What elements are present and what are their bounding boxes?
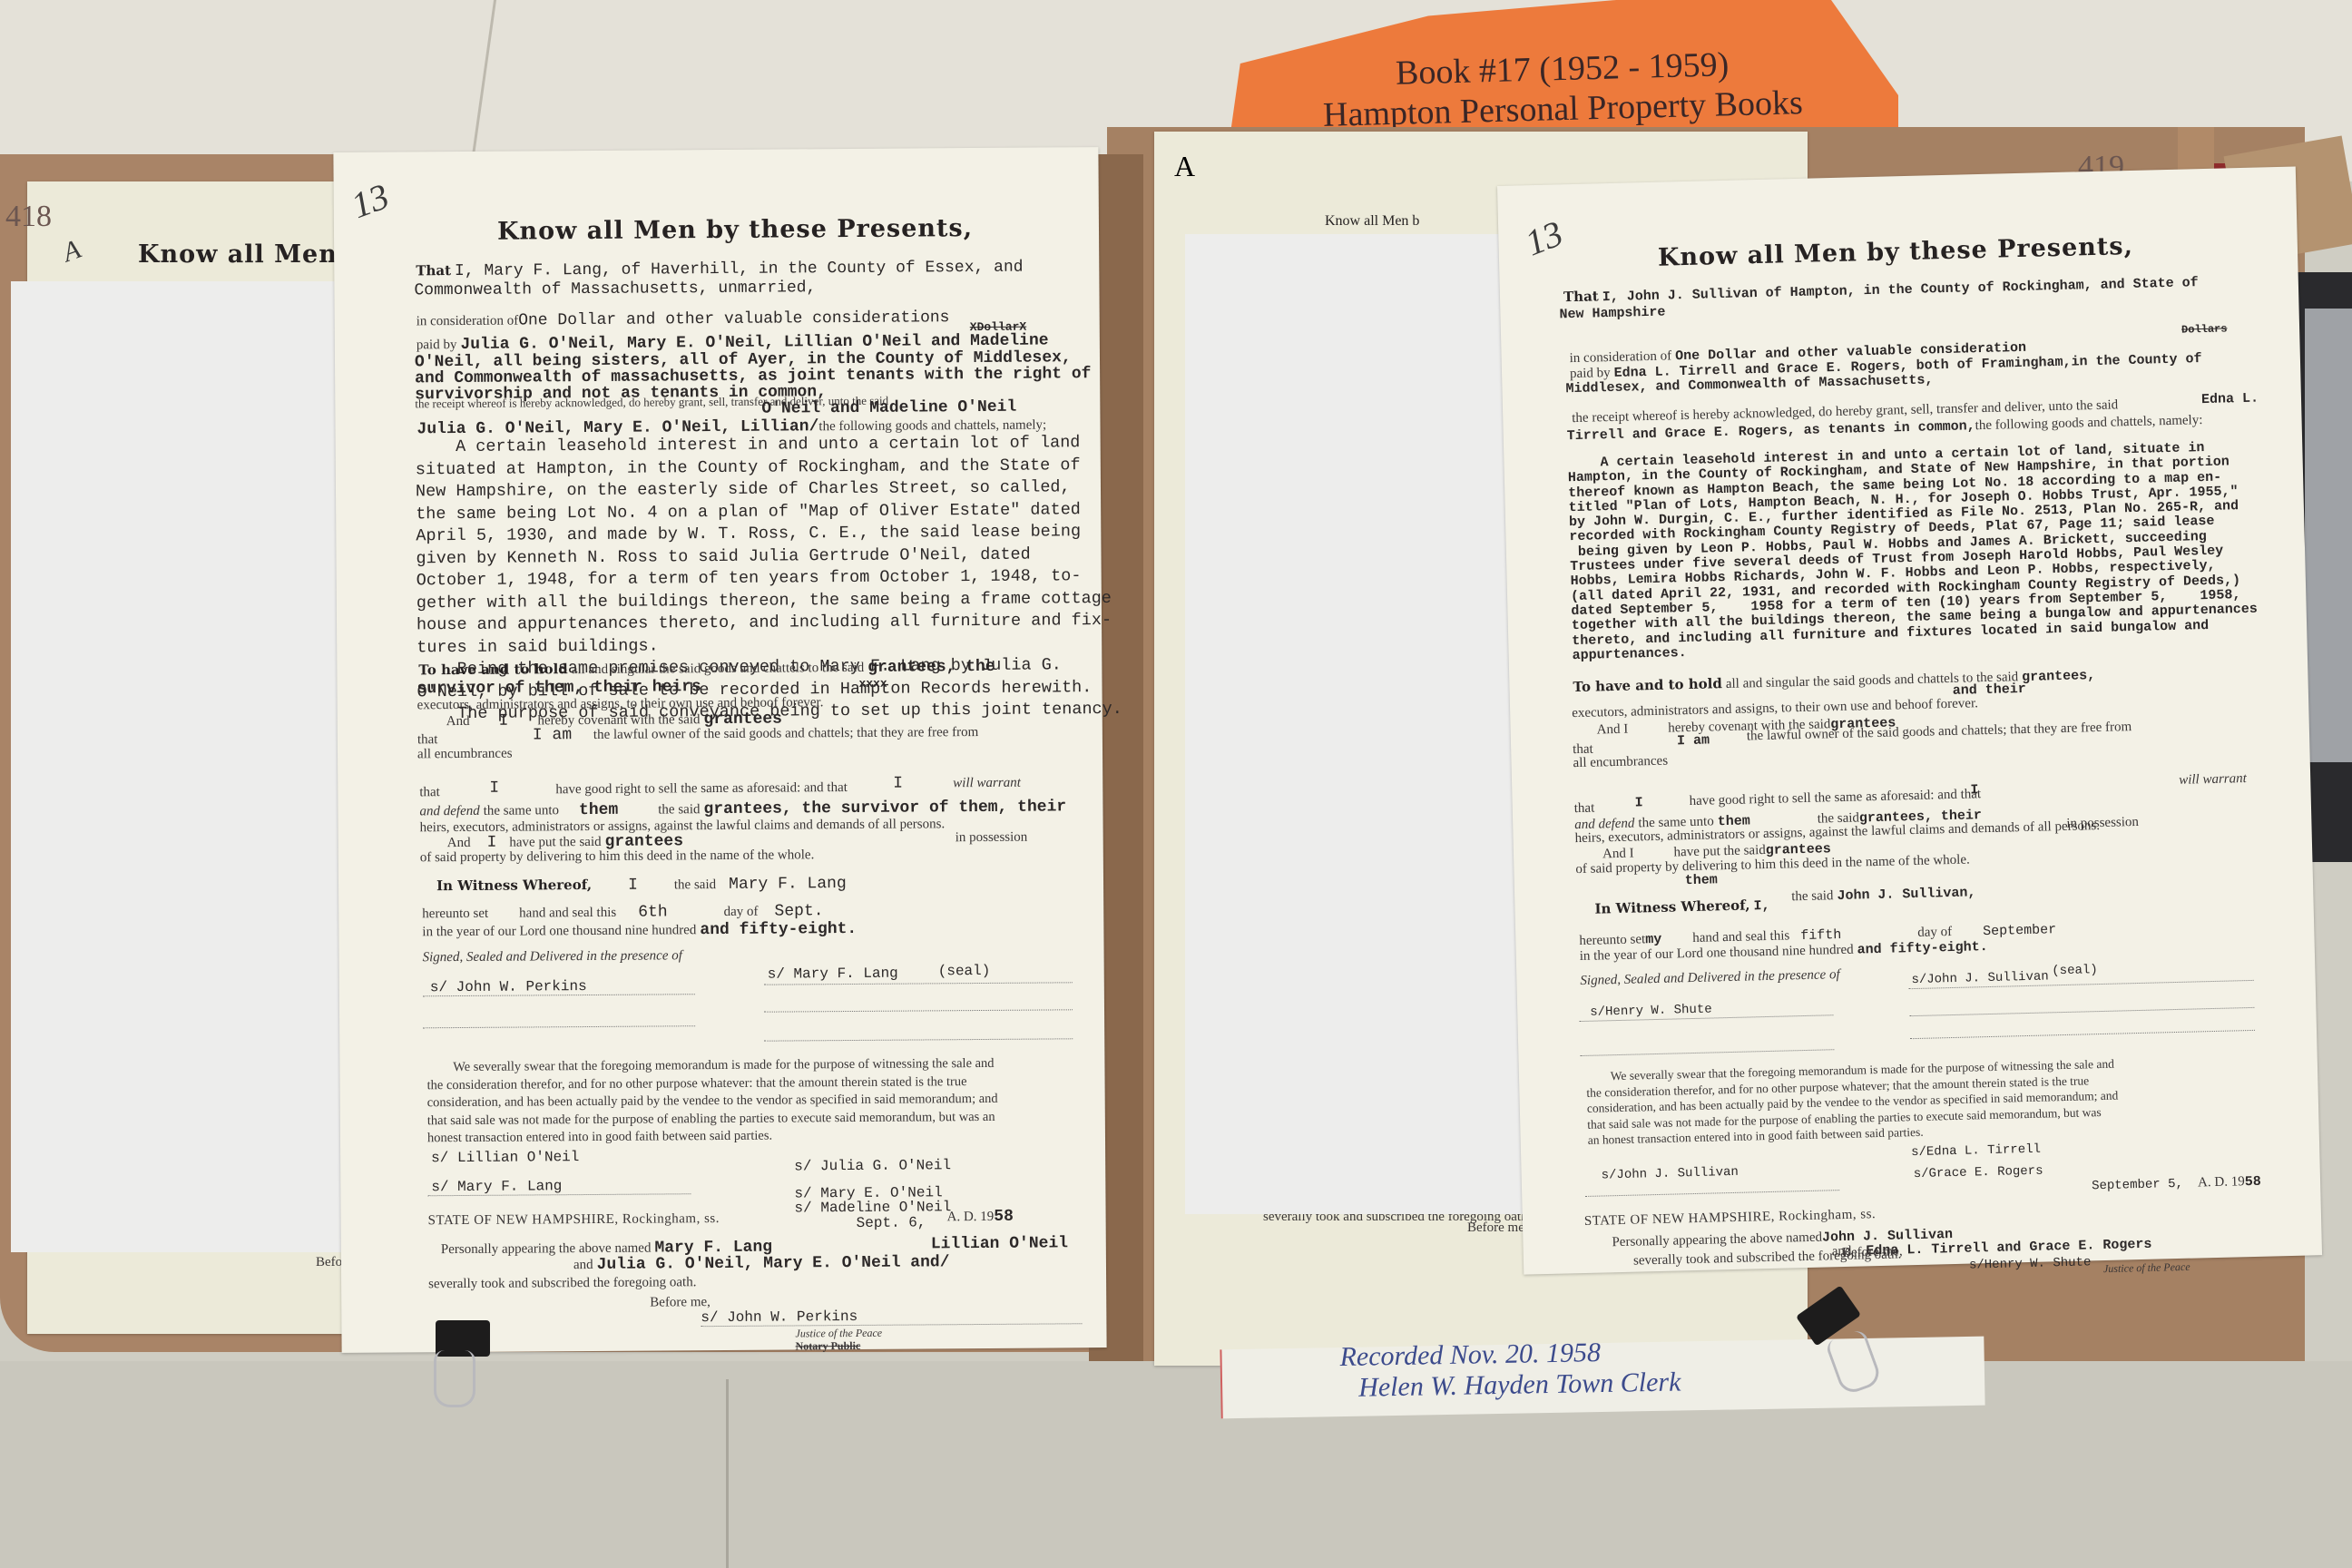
struck-dollars: Dollars [2181, 322, 2228, 336]
habendum-fill: grantees, [2022, 668, 2095, 685]
right-text: have good right to sell the same as afor… [555, 780, 848, 798]
witness-label: In Witness Whereof, [436, 877, 592, 894]
desk-surface-bottom [0, 1361, 2352, 1568]
day-of-label: day of [724, 905, 759, 919]
habendum-label: To have and to hold [1573, 675, 1722, 695]
oath-paragraph: We severally swear that the foregoing me… [426, 1055, 998, 1148]
deed-left: 13 Know all Men by these Presents, That … [333, 147, 1106, 1353]
jp-signature: s/Henry W. Shute [1969, 1255, 2092, 1272]
jp-title-text: Justice of the Peace [795, 1327, 882, 1340]
i-am: I am [1677, 732, 1710, 749]
possession-end: in possession [955, 830, 1028, 847]
covenant-i: I [499, 712, 509, 730]
state-label: STATE OF NEW HAMPSHIRE, Rockingham, ss. [428, 1211, 720, 1229]
defend-label: and defend [419, 804, 479, 818]
right-text: have good right to sell the same as afor… [1689, 787, 1981, 809]
signed-label-text: Signed, Sealed and Delivered in the pres… [1580, 967, 1840, 988]
encumbrances-text: all encumbrances [417, 747, 513, 763]
before-me-label: Before me, [650, 1295, 710, 1310]
jp-title: Justice of the Peace [2103, 1260, 2190, 1276]
notary-struck: Notary Public [796, 1339, 861, 1354]
i-am: I am [533, 726, 572, 744]
deed-title: Know all Men by these Presents, [1658, 232, 2134, 272]
oath-paragraph: We severally swear that the foregoing me… [1586, 1056, 2120, 1149]
seal-label: (seal) [2052, 963, 2098, 978]
oath-signature: s/Edna L. Tirrell [1911, 1142, 2041, 1160]
right-that: that [1574, 801, 1595, 818]
deed-day: 6th [638, 903, 668, 921]
encumbrances-text: all encumbrances [1573, 754, 1668, 772]
handwritten-mark: A [1174, 150, 1195, 183]
handwritten-page-mark: 13 [346, 174, 395, 227]
grantor-text: I, John J. Sullivan of Hampton, in the C… [1602, 275, 2199, 305]
witness-signature: s/Henry W. Shute [1590, 1002, 1712, 1019]
appearing-label: Personally appearing the above named [1612, 1230, 1822, 1250]
blank-insert-sheet-right [1185, 234, 1539, 1214]
deed-description: A certain leasehold interest in and unto… [1567, 440, 2258, 664]
habendum-text: all and singular the said goods and chat… [572, 661, 865, 677]
before-me-label: Before me, [1842, 1244, 1903, 1261]
witness-i: I [628, 877, 638, 895]
consideration-label: in consideration of [416, 314, 519, 329]
covenant-and: And [446, 714, 470, 729]
year-text: in the year of our Lord one thousand nin… [422, 923, 696, 939]
ack-date: September 5, [2092, 1177, 2183, 1193]
signed-label-text: Signed, Sealed and Delivered in the pres… [423, 948, 682, 965]
witness-said: the said [674, 877, 716, 892]
binder-clip-wire [434, 1350, 475, 1407]
jp-title-text: Justice of the Peace [2103, 1260, 2190, 1275]
year-fill: and fifty-eight. [700, 920, 857, 939]
year-fill: and fifty-eight. [1857, 939, 1987, 958]
witness-name: John J. Sullivan, [1837, 885, 1975, 904]
before-me-label: Before me, [1467, 1220, 1528, 1236]
hand-seal-text: hand and seal this [519, 906, 616, 921]
grantor-text: I, Mary F. Lang, of Haverhill, in the Co… [455, 259, 1024, 280]
handwritten-mark: A [59, 234, 85, 269]
signed-label: Signed, Sealed and Delivered in the pres… [423, 948, 682, 965]
consideration-amount: One Dollar and other valuable considerat… [518, 309, 949, 329]
oath-signature: s/ Mary F. Lang [431, 1178, 562, 1195]
appearing-and: and [573, 1258, 593, 1272]
unto-names-insert: O'Neil and Madeline O'Neil [761, 398, 1016, 418]
subscribed-text: severally took and subscribed the forego… [428, 1275, 696, 1292]
habendum-fill-2: survivor of them, their heirs [416, 678, 701, 698]
grantor-text-2: Commonwealth of Massachusetts, unmarried… [414, 279, 816, 299]
town-clerk-signature: Helen W. Hayden Town Clerk [1358, 1367, 1681, 1403]
habendum-struck: xxxx [858, 677, 887, 691]
ack-date: Sept. 6, [857, 1214, 926, 1231]
will-warrant: will warrant [2179, 771, 2247, 789]
right-i-2: I [1970, 782, 1978, 798]
habendum-label: To have and to hold [418, 661, 567, 678]
grantor-text-2: New Hampshire [1559, 305, 1665, 323]
unto-names-insert: Edna L. [2201, 391, 2259, 408]
deed-title: Know all Men by these Presents, [497, 214, 973, 246]
goods-clause: the following goods and chattels, namely… [818, 417, 1046, 434]
right-that: that [419, 785, 440, 800]
desk-seam [726, 1379, 729, 1568]
witness-i: I, [1753, 898, 1769, 914]
possession-and: And I [1602, 847, 1634, 862]
appearing-name-right: Lillian O'Neil [931, 1234, 1068, 1253]
covenant-and: And I [1596, 722, 1628, 738]
grantor-signature: s/ Mary F. Lang [768, 965, 898, 983]
hereunto-my: my [1645, 932, 1661, 947]
right-i: I [1634, 795, 1642, 810]
deed-month: Sept. [774, 902, 823, 920]
state-label: STATE OF NEW HAMPSHIRE, Rockingham, ss. [1584, 1207, 1877, 1230]
habendum-fill: grantees, the [867, 658, 995, 677]
possession-text: have put the said [509, 835, 601, 850]
handwritten-page-mark: 13 [1519, 211, 1568, 264]
ad-year: 58 [2245, 1174, 2261, 1190]
defend-said: the said [658, 802, 700, 817]
day-of-label: day of [1917, 925, 1952, 940]
right-i: I [489, 779, 499, 798]
ad-year: 58 [994, 1208, 1014, 1226]
ad-label: A. D. 19 [2198, 1174, 2245, 1190]
witness-signature: s/ John W. Perkins [430, 978, 587, 995]
deed-month: September [1983, 922, 2056, 939]
witness-name: Mary F. Lang [729, 875, 847, 894]
oath-signature: s/John J. Sullivan [1601, 1165, 1739, 1183]
goods-clause: the following goods and chattels, namely… [1975, 413, 2202, 433]
blank-insert-sheet-left [11, 281, 365, 1252]
will-warrant: will warrant [953, 776, 1021, 792]
defend-fill: grantees, the survivor of them, their [703, 798, 1066, 818]
signed-label: Signed, Sealed and Delivered in the pres… [1580, 967, 1840, 989]
page-number-left: 418 [5, 200, 52, 234]
witness-said: the said [1791, 888, 1834, 904]
defend-them: them [579, 801, 618, 819]
deed-right: 13 Know all Men by these Presents, That … [1497, 166, 2322, 1274]
jp-signature: s/ John W. Perkins [701, 1308, 857, 1326]
paid-by-label: paid by [1570, 366, 1611, 381]
appearing-name-2: Julia G. O'Neil, Mary E. O'Neil and/ [597, 1253, 950, 1274]
that-word: that [417, 732, 438, 748]
oath-signature: s/ Madeline O'Neil [794, 1199, 951, 1216]
appearing-label: Personally appearing the above named [441, 1241, 652, 1258]
will-warrant-text: will warrant [953, 776, 1021, 791]
jp-title: Justice of the Peace [795, 1327, 882, 1341]
possession-end: in possession [2066, 815, 2139, 832]
right-i-2: I [893, 775, 903, 793]
owner-text: the lawful owner of the said goods and c… [593, 725, 979, 743]
background-title-right: Know all Men b [1325, 213, 1419, 230]
oath-signature: s/ Lillian O'Neil [431, 1149, 579, 1166]
delivering-text: of said property by delivering to him th… [420, 848, 815, 866]
paid-by-label: paid by [416, 338, 457, 352]
seal-label: (seal) [938, 963, 991, 979]
recorded-date: Recorded Nov. 20. 1958 [1339, 1338, 1601, 1373]
defend-text: the same unto [484, 803, 559, 818]
that-label: That [416, 262, 451, 279]
ad-label: A. D. 19 [947, 1210, 995, 1224]
witness-label: In Witness Whereof, [1594, 897, 1749, 916]
oath-signature: s/Grace E. Rogers [1914, 1164, 2043, 1181]
that-label: That [1563, 288, 1599, 305]
oath-signature: s/ Julia G. O'Neil [794, 1157, 951, 1174]
will-warrant-text: will warrant [2179, 771, 2247, 788]
hereunto-text: hereunto set [422, 906, 488, 922]
possession-and: And [447, 836, 471, 850]
delivering-them: them [1685, 872, 1718, 888]
hereunto-text: hereunto set [1579, 932, 1645, 948]
